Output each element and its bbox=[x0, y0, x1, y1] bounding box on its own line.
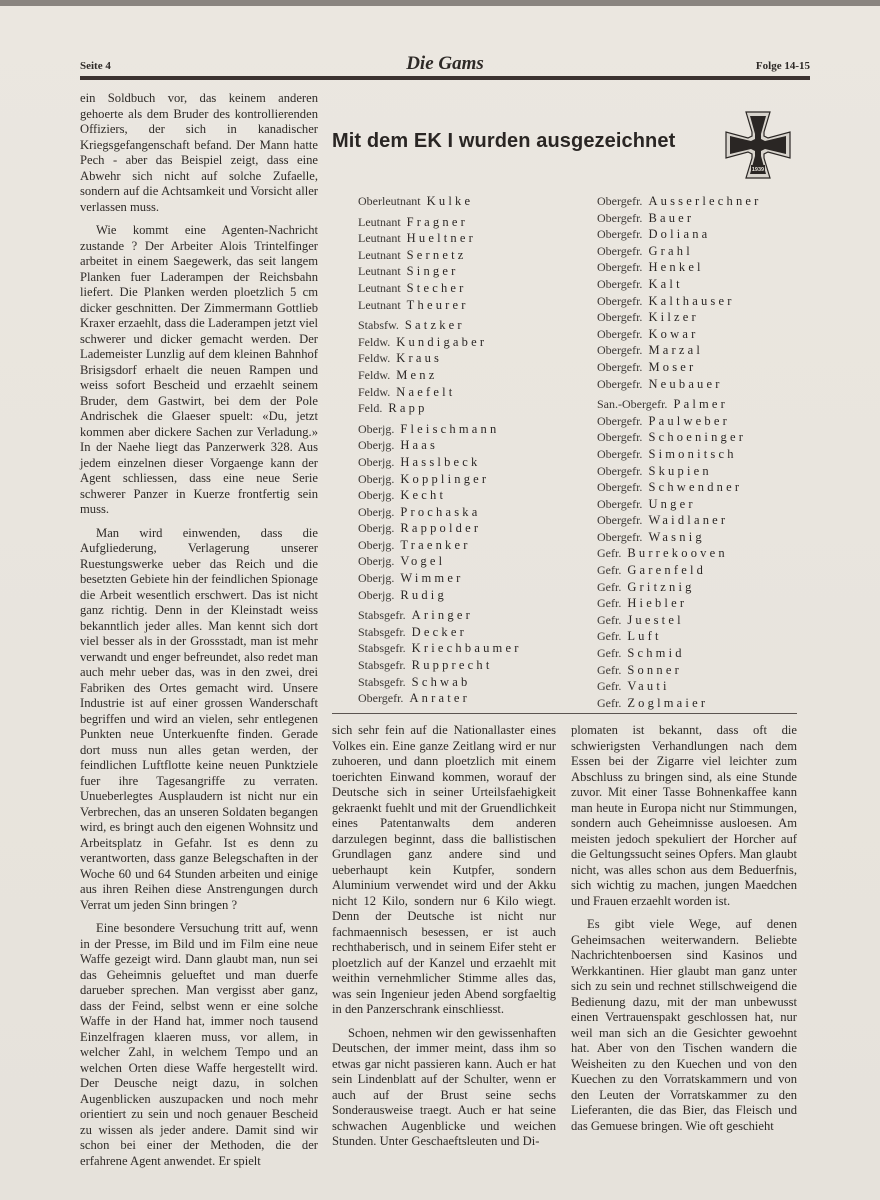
recipient-rank: Feldw. bbox=[358, 351, 390, 365]
award-recipient: Obergefr.Neubauer bbox=[597, 377, 762, 394]
recipient-name: Anrater bbox=[409, 691, 470, 705]
recipient-name: Doliana bbox=[648, 227, 710, 241]
recipient-name: Henkel bbox=[648, 260, 703, 274]
recipient-name: Kriechbaumer bbox=[412, 641, 522, 655]
recipient-rank: Feld. bbox=[358, 401, 382, 415]
award-recipient: Oberjg.Rappolder bbox=[358, 521, 522, 538]
award-recipient: Obergefr.Kalthauser bbox=[597, 294, 762, 311]
recipient-name: Traenker bbox=[400, 538, 470, 552]
recipient-name: Kecht bbox=[400, 488, 446, 502]
award-recipient: Gefr.Zoglmaier bbox=[597, 696, 762, 713]
recipient-name: Juestel bbox=[627, 613, 683, 627]
article-paragraph: Schoen, nehmen wir den gewissenhaften De… bbox=[332, 1026, 556, 1150]
award-recipient: Gefr.Vauti bbox=[597, 679, 762, 696]
recipient-name: Kraus bbox=[396, 351, 442, 365]
award-recipient: Obergefr.Paulweber bbox=[597, 414, 762, 431]
recipient-rank: Leutnant bbox=[358, 215, 401, 229]
recipient-name: Ausserlechner bbox=[648, 194, 761, 208]
award-recipient: Gefr.Burrekooven bbox=[597, 546, 762, 563]
recipient-rank: Obergefr. bbox=[597, 530, 642, 544]
recipient-name: Singer bbox=[407, 264, 459, 278]
award-recipient: San.-Obergefr.Palmer bbox=[597, 397, 762, 414]
recipient-name: Waidlaner bbox=[648, 513, 728, 527]
recipient-name: Hueltner bbox=[407, 231, 476, 245]
recipient-name: Theurer bbox=[407, 298, 469, 312]
award-recipient: Gefr.Gritznig bbox=[597, 580, 762, 597]
recipient-name: Schwendner bbox=[648, 480, 742, 494]
award-recipient: Obergefr.Henkel bbox=[597, 260, 762, 277]
recipient-rank: Leutnant bbox=[358, 264, 401, 278]
iron-cross-emblem-icon: 1939 bbox=[724, 110, 792, 180]
recipient-name: Kulke bbox=[427, 194, 474, 208]
recipient-name: Palmer bbox=[673, 397, 728, 411]
recipient-rank: Gefr. bbox=[597, 696, 621, 710]
newspaper-page: Seite 4 Die Gams Folge 14-15 ein Soldbuc… bbox=[0, 0, 880, 1200]
recipient-rank: Obergefr. bbox=[597, 260, 642, 274]
award-recipient: Gefr.Hiebler bbox=[597, 596, 762, 613]
award-recipient: LeutnantHueltner bbox=[358, 231, 522, 248]
recipient-rank: Oberjg. bbox=[358, 538, 394, 552]
recipient-name: Rapp bbox=[388, 401, 427, 415]
award-recipient: Obergefr.Kalt bbox=[597, 277, 762, 294]
page-header: Seite 4 Die Gams Folge 14-15 bbox=[80, 56, 810, 76]
recipient-rank: Gefr. bbox=[597, 646, 621, 660]
recipient-name: Aringer bbox=[412, 608, 473, 622]
award-recipient: Obergefr.Grahl bbox=[597, 244, 762, 261]
recipient-name: Fragner bbox=[407, 215, 468, 229]
recipient-rank: Oberjg. bbox=[358, 588, 394, 602]
recipient-rank: Gefr. bbox=[597, 613, 621, 627]
award-recipient: Obergefr.Schwendner bbox=[597, 480, 762, 497]
recipient-rank: Gefr. bbox=[597, 563, 621, 577]
recipient-rank: Obergefr. bbox=[597, 513, 642, 527]
recipient-rank: Feldw. bbox=[358, 368, 390, 382]
recipient-name: Schwab bbox=[412, 675, 471, 689]
article-paragraph: Man wird einwenden, dass die Aufgliederu… bbox=[80, 526, 318, 914]
award-recipient: Obergefr.Waidlaner bbox=[597, 513, 762, 530]
article-paragraph: Wie kommt eine Agenten-Nachricht zustand… bbox=[80, 223, 318, 518]
award-recipient: Obergefr.Wasnig bbox=[597, 530, 762, 547]
award-recipient: Stabsgefr.Aringer bbox=[358, 608, 522, 625]
award-recipient: Obergefr.Unger bbox=[597, 497, 762, 514]
recipient-name: Kopplinger bbox=[400, 472, 489, 486]
recipient-rank: Obergefr. bbox=[597, 244, 642, 258]
award-recipient: Obergefr.Marzal bbox=[597, 343, 762, 360]
award-recipient: Gefr.Juestel bbox=[597, 613, 762, 630]
award-recipient: Stabsgefr.Kriechbaumer bbox=[358, 641, 522, 658]
recipient-rank: Obergefr. bbox=[597, 447, 642, 461]
award-recipient: Obergefr.Kilzer bbox=[597, 310, 762, 327]
recipient-rank: Obergefr. bbox=[597, 211, 642, 225]
award-recipient: Obergefr.Schoeninger bbox=[597, 430, 762, 447]
recipient-name: Naefelt bbox=[396, 385, 455, 399]
award-recipient: Obergefr.Skupien bbox=[597, 464, 762, 481]
recipient-rank: Leutnant bbox=[358, 281, 401, 295]
award-list-right: Obergefr.AusserlechnerObergefr.BauerOber… bbox=[597, 194, 762, 712]
article-paragraph: Eine besondere Versuchung tritt auf, wen… bbox=[80, 921, 318, 1169]
award-recipient: Oberjg.Traenker bbox=[358, 538, 522, 555]
recipient-name: Prochaska bbox=[400, 505, 480, 519]
article-column-2: sich sehr fein auf die Nationallaster ei… bbox=[332, 723, 556, 1158]
award-recipient: Obergefr.Doliana bbox=[597, 227, 762, 244]
recipient-name: Kowar bbox=[648, 327, 698, 341]
recipient-name: Wimmer bbox=[400, 571, 463, 585]
award-recipient: Obergefr.Bauer bbox=[597, 211, 762, 228]
recipient-rank: Stabsgefr. bbox=[358, 641, 406, 655]
award-recipient: Gefr.Schmid bbox=[597, 646, 762, 663]
award-recipient: Feldw.Kundigaber bbox=[358, 335, 522, 352]
recipient-rank: Feldw. bbox=[358, 335, 390, 349]
recipient-name: Schoeninger bbox=[648, 430, 746, 444]
award-recipient: Stabsfw.Satzker bbox=[358, 318, 522, 335]
recipient-name: Kalthauser bbox=[648, 294, 734, 308]
publication-title: Die Gams bbox=[80, 53, 810, 75]
recipient-name: Wasnig bbox=[648, 530, 704, 544]
recipient-rank: Leutnant bbox=[358, 298, 401, 312]
award-recipient: Oberjg.Fleischmann bbox=[358, 422, 522, 439]
recipient-rank: Stabsgefr. bbox=[358, 675, 406, 689]
recipient-name: Luft bbox=[627, 629, 661, 643]
award-list-left: OberleutnantKulkeLeutnantFragnerLeutnant… bbox=[358, 194, 522, 708]
recipient-name: Burrekooven bbox=[627, 546, 727, 560]
recipient-rank: Gefr. bbox=[597, 663, 621, 677]
award-recipient: LeutnantSernetz bbox=[358, 248, 522, 265]
recipient-name: Zoglmaier bbox=[627, 696, 708, 710]
article-paragraph: Es gibt viele Wege, auf denen Geheimsach… bbox=[571, 917, 797, 1134]
recipient-rank: Stabsfw. bbox=[358, 318, 399, 332]
award-recipient: Obergefr.Ausserlechner bbox=[597, 194, 762, 211]
article-paragraph: plomaten ist bekannt, dass oft die schwi… bbox=[571, 723, 797, 909]
recipient-rank: Leutnant bbox=[358, 248, 401, 262]
header-rule bbox=[80, 76, 810, 80]
recipient-rank: Obergefr. bbox=[597, 194, 642, 208]
recipient-name: Kilzer bbox=[648, 310, 698, 324]
recipient-name: Sernetz bbox=[407, 248, 467, 262]
recipient-rank: Obergefr. bbox=[597, 360, 642, 374]
recipient-rank: Stabsgefr. bbox=[358, 608, 406, 622]
award-recipient: Gefr.Sonner bbox=[597, 663, 762, 680]
recipient-rank: Obergefr. bbox=[597, 497, 642, 511]
award-recipient: Stabsgefr.Rupprecht bbox=[358, 658, 522, 675]
award-recipient: Stabsgefr.Decker bbox=[358, 625, 522, 642]
award-recipient: LeutnantTheurer bbox=[358, 298, 522, 315]
recipient-name: Haas bbox=[400, 438, 438, 452]
recipient-name: Neubauer bbox=[648, 377, 722, 391]
recipient-name: Satzker bbox=[405, 318, 465, 332]
recipient-name: Kalt bbox=[648, 277, 682, 291]
award-recipient: Oberjg.Prochaska bbox=[358, 505, 522, 522]
recipient-rank: Obergefr. bbox=[597, 464, 642, 478]
award-recipient: OberleutnantKulke bbox=[358, 194, 522, 211]
recipient-rank: Stabsgefr. bbox=[358, 658, 406, 672]
recipient-rank: Obergefr. bbox=[597, 414, 642, 428]
recipient-name: Garenfeld bbox=[627, 563, 706, 577]
recipient-name: Hiebler bbox=[627, 596, 687, 610]
recipient-rank: Oberjg. bbox=[358, 521, 394, 535]
recipient-name: Schmid bbox=[627, 646, 684, 660]
award-recipient: LeutnantSinger bbox=[358, 264, 522, 281]
recipient-rank: Obergefr. bbox=[597, 343, 642, 357]
recipient-rank: Obergefr. bbox=[597, 277, 642, 291]
recipient-rank: Oberleutnant bbox=[358, 194, 421, 208]
recipient-name: Rupprecht bbox=[412, 658, 493, 672]
award-recipient: LeutnantFragner bbox=[358, 215, 522, 232]
award-recipient: Feldw.Menz bbox=[358, 368, 522, 385]
recipient-rank: Gefr. bbox=[597, 546, 621, 560]
recipient-name: Skupien bbox=[648, 464, 711, 478]
recipient-name: Vauti bbox=[627, 679, 669, 693]
recipient-rank: Obergefr. bbox=[597, 480, 642, 494]
recipient-rank: Oberjg. bbox=[358, 422, 394, 436]
award-recipient: Obergefr.Simonitsch bbox=[597, 447, 762, 464]
award-recipient: Feldw.Kraus bbox=[358, 351, 522, 368]
recipient-rank: Obergefr. bbox=[358, 691, 403, 705]
award-recipient: Gefr.Garenfeld bbox=[597, 563, 762, 580]
recipient-name: Paulweber bbox=[648, 414, 730, 428]
recipient-rank: Gefr. bbox=[597, 629, 621, 643]
recipient-rank: Obergefr. bbox=[597, 227, 642, 241]
recipient-rank: Oberjg. bbox=[358, 571, 394, 585]
recipient-name: Bauer bbox=[648, 211, 694, 225]
recipient-rank: Gefr. bbox=[597, 580, 621, 594]
recipient-rank: Feldw. bbox=[358, 385, 390, 399]
recipient-name: Marzal bbox=[648, 343, 703, 357]
award-recipient: Obergefr.Kowar bbox=[597, 327, 762, 344]
recipient-name: Sonner bbox=[627, 663, 682, 677]
recipient-name: Vogel bbox=[400, 554, 445, 568]
recipient-rank: Oberjg. bbox=[358, 505, 394, 519]
recipient-rank: Gefr. bbox=[597, 679, 621, 693]
award-recipient: Oberjg.Kecht bbox=[358, 488, 522, 505]
article-column-3: plomaten ist bekannt, dass oft die schwi… bbox=[571, 723, 797, 1142]
award-recipient: Oberjg.Haas bbox=[358, 438, 522, 455]
recipient-name: Stecher bbox=[407, 281, 467, 295]
emblem-year: 1939 bbox=[752, 167, 764, 173]
award-recipient: Feldw.Naefelt bbox=[358, 385, 522, 402]
recipient-name: Decker bbox=[412, 625, 467, 639]
award-recipient: LeutnantStecher bbox=[358, 281, 522, 298]
article-paragraph: ein Soldbuch vor, das keinem anderen geh… bbox=[80, 91, 318, 215]
award-recipient: Stabsgefr.Schwab bbox=[358, 675, 522, 692]
recipient-name: Simonitsch bbox=[648, 447, 736, 461]
recipient-rank: Oberjg. bbox=[358, 438, 394, 452]
recipient-name: Gritznig bbox=[627, 580, 694, 594]
article-paragraph: sich sehr fein auf die Nationallaster ei… bbox=[332, 723, 556, 1018]
issue-number: Folge 14-15 bbox=[756, 60, 810, 72]
award-recipient: Oberjg.Kopplinger bbox=[358, 472, 522, 489]
section-divider bbox=[332, 713, 797, 714]
recipient-rank: Oberjg. bbox=[358, 472, 394, 486]
recipient-rank: Oberjg. bbox=[358, 554, 394, 568]
award-recipient: Feld.Rapp bbox=[358, 401, 522, 418]
recipient-rank: Stabsgefr. bbox=[358, 625, 406, 639]
recipient-rank: Oberjg. bbox=[358, 488, 394, 502]
award-recipient: Obergefr.Anrater bbox=[358, 691, 522, 708]
scan-edge bbox=[0, 0, 880, 6]
recipient-rank: Obergefr. bbox=[597, 294, 642, 308]
article-column-1: ein Soldbuch vor, das keinem anderen geh… bbox=[80, 91, 318, 1177]
award-recipient: Oberjg.Vogel bbox=[358, 554, 522, 571]
award-recipient: Oberjg.Rudig bbox=[358, 588, 522, 605]
recipient-name: Kundigaber bbox=[396, 335, 487, 349]
recipient-name: Fleischmann bbox=[400, 422, 499, 436]
award-recipient: Oberjg.Wimmer bbox=[358, 571, 522, 588]
recipient-rank: San.-Obergefr. bbox=[597, 397, 667, 411]
recipient-rank: Gefr. bbox=[597, 596, 621, 610]
recipient-rank: Obergefr. bbox=[597, 377, 642, 391]
recipient-name: Unger bbox=[648, 497, 695, 511]
recipient-name: Rudig bbox=[400, 588, 447, 602]
recipient-rank: Obergefr. bbox=[597, 430, 642, 444]
award-recipient: Obergefr.Moser bbox=[597, 360, 762, 377]
recipient-rank: Obergefr. bbox=[597, 310, 642, 324]
recipient-rank: Leutnant bbox=[358, 231, 401, 245]
recipient-name: Hasslbeck bbox=[400, 455, 480, 469]
award-list-title: Mit dem EK I wurden ausgezeichnet bbox=[332, 130, 675, 153]
recipient-name: Grahl bbox=[648, 244, 692, 258]
award-recipient: Gefr.Luft bbox=[597, 629, 762, 646]
recipient-name: Moser bbox=[648, 360, 696, 374]
recipient-rank: Oberjg. bbox=[358, 455, 394, 469]
recipient-name: Menz bbox=[396, 368, 437, 382]
recipient-rank: Obergefr. bbox=[597, 327, 642, 341]
award-recipient: Oberjg.Hasslbeck bbox=[358, 455, 522, 472]
recipient-name: Rappolder bbox=[400, 521, 481, 535]
